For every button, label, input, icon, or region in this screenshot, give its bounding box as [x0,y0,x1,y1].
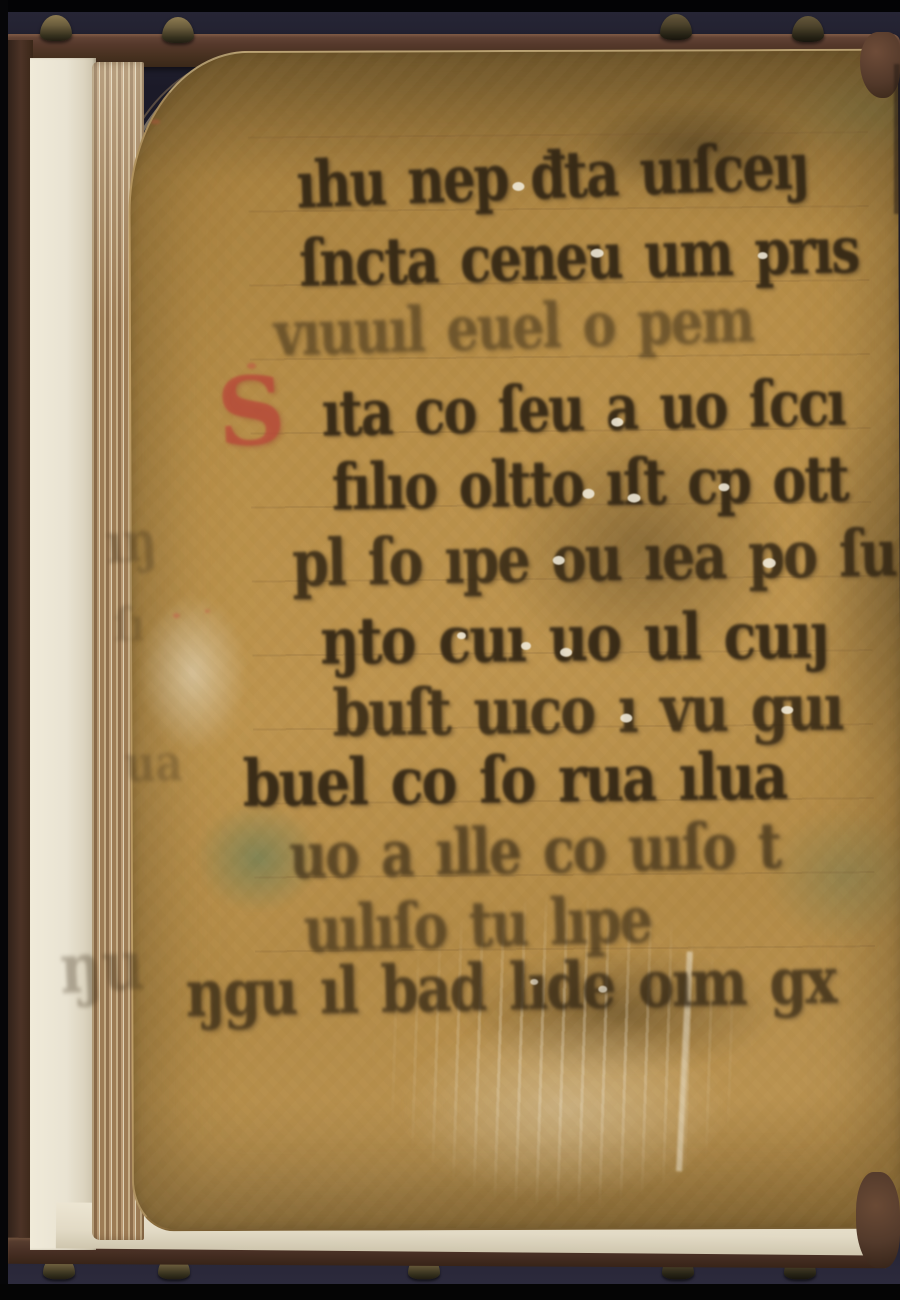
ink-flake-speck [598,986,607,993]
ink-flake-speck [530,979,538,985]
red-pigment-speck [247,363,256,369]
text-line-3: vıuuıl euel o pem [273,291,754,367]
text-line-5: fılıo oltto ıſt cp ott [331,448,848,521]
binding-edge-left [6,40,33,1258]
ink-flake-speck [512,182,524,191]
ink-flake-speck [457,632,466,639]
ink-flake-speck [611,418,623,427]
parchment-page: S ıhu nep đta uıſceıȷ ſncta ceneu um prı… [128,49,900,1232]
red-pigment-speck [205,609,210,613]
marginal-mark-1: ıŋ [104,512,159,571]
text-line-10: uo a ılle co uıſo t [289,815,781,889]
page-edge-shadow-right [894,64,900,214]
text-line-4: ıta co ſeu a uo ſccı [321,372,845,447]
binding-corner-strap-bottom-right [856,1172,900,1268]
text-line-8: buſt uıco ı vu guı [332,674,843,745]
text-line-12: ŋgu ıl bad lıde oım gx [185,948,836,1026]
red-pigment-speck [173,613,180,618]
underlying-page-edges-left [30,58,96,1250]
text-line-1: ıhu nep đta uıſceıȷ [295,133,808,217]
ink-flake-speck [591,249,604,258]
ink-flake-speck [781,706,793,714]
ink-flake-speck [582,489,594,499]
frame-edge-left [0,0,8,1300]
text-line-7: ŋto cuı uo ul cuıȷ [320,602,828,673]
ink-flake-speck [718,483,729,491]
ink-flake-speck [627,494,640,503]
marginal-mark-4: ŋu [58,930,146,1004]
ink-flake-speck [758,252,768,259]
manuscript-photo: S ıhu nep đta uıſceıȷ ſncta ceneu um prı… [0,0,900,1300]
ink-flake-speck [560,648,572,657]
ink-flake-speck [553,556,565,565]
ink-flake-speck [763,558,776,568]
text-line-6: pl ſo ıpe ou ıea po ſu [292,520,897,595]
red-pigment-speck [150,119,160,124]
text-line-9: buel co ſo rua ılua [242,743,786,815]
marginal-mark-2: ſı [114,602,145,648]
frame-edge-bottom [0,1284,900,1300]
ink-flake-speck [620,714,632,723]
illuminated-initial-s: S [215,363,288,461]
marginal-mark-3: ua [124,738,183,790]
text-line-2: ſncta ceneu um prıs [299,217,859,295]
ink-flake-speck [521,642,531,650]
